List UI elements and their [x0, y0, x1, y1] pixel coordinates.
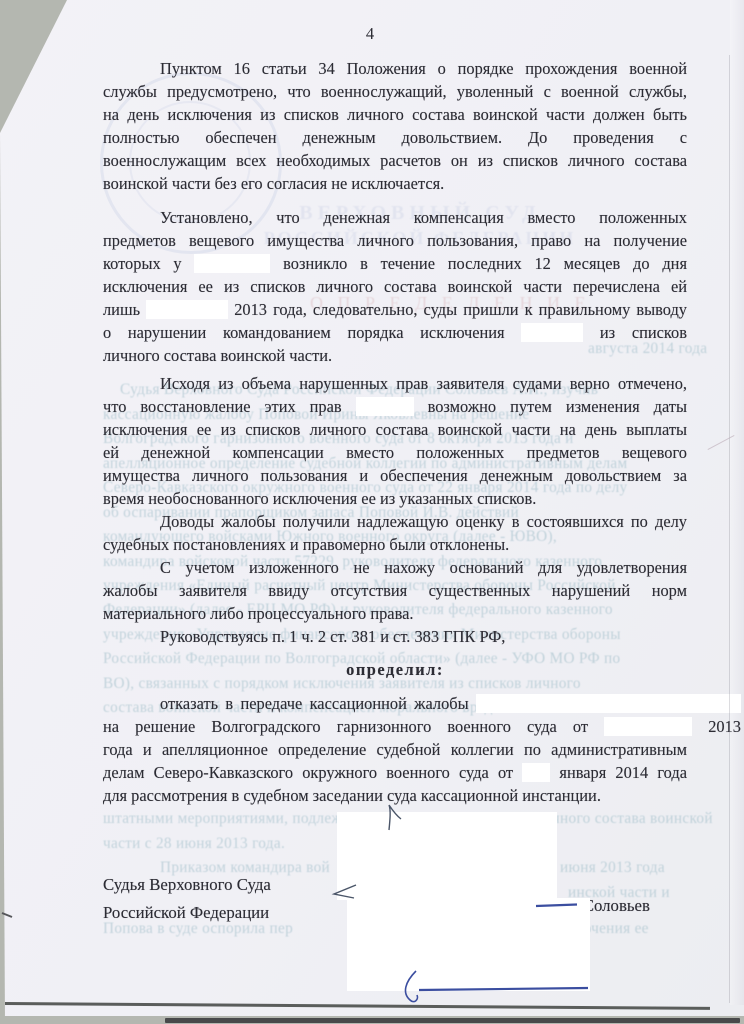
text-line: исключения ее из списков личного состава…	[103, 418, 687, 441]
redaction-box-large	[347, 898, 590, 991]
redaction-box	[521, 323, 583, 342]
text-line: отказать в передаче кассационной жалобы	[103, 692, 741, 715]
paragraph: Исходя из объема нарушенных прав заявите…	[103, 372, 687, 510]
redaction-box-large	[337, 812, 557, 900]
text-line: воинской части без его согласия не исклю…	[103, 172, 687, 195]
text-segment: которых у	[103, 254, 182, 273]
text-segment: из списков	[600, 323, 687, 342]
paragraph: Руководствуясь п. 1 ч. 2 ст. 381 и ст. 3…	[103, 625, 687, 648]
text-line: время необоснованного исключения ее из у…	[103, 487, 687, 510]
ghost-line: июня 2013 года	[560, 859, 665, 877]
text-segment: что восстановление этих прав	[103, 397, 342, 416]
paragraph: С учетом изложенного не нахожу оснований…	[103, 556, 687, 625]
ruling-heading: определил:	[103, 658, 687, 681]
text-line: Исходя из объема нарушенных прав заявите…	[103, 372, 687, 395]
text-segment: возникло в течение последних 12 месяцев …	[283, 254, 687, 273]
paragraph: Пунктом 16 статьи 34 Положения о порядке…	[103, 57, 687, 195]
text-line: делам Северо-Кавказского окружного военн…	[103, 761, 687, 784]
page-fold-line	[729, 55, 730, 1003]
text-line: что восстановление этих прав возможно пу…	[103, 395, 687, 418]
text-line: о нарушении командованием порядка исключ…	[103, 321, 687, 344]
ghost-line: части с 28 июня 2013 года.	[103, 835, 285, 853]
text-line: Доводы жалобы получили надлежащую оценку…	[103, 510, 687, 533]
text-line: судебных постановлениях и правомерно был…	[103, 533, 687, 556]
text-segment: на решение Волгоградского гарнизонного в…	[103, 717, 588, 736]
redaction-box	[522, 763, 550, 782]
signature-block: Судья Верховного Суда Российской Федерац…	[103, 871, 271, 926]
text-line: жалобы заявителя ввиду отсутствия сущест…	[103, 579, 687, 602]
text-segment: возможно путем изменения даты	[428, 397, 687, 416]
text-line: года и апелляционное определение судебно…	[103, 738, 687, 761]
text-line: Пунктом 16 статьи 34 Положения о порядке…	[103, 57, 687, 80]
text-line: которых у возникло в течение последних 1…	[103, 252, 687, 275]
text-segment: января 2014 года	[559, 763, 687, 782]
text-line: материального либо процессуального права…	[103, 602, 687, 625]
scan-bottom-edge	[165, 1018, 740, 1023]
document-body: Пунктом 16 статьи 34 Положения о порядке…	[103, 57, 687, 807]
redaction-box	[604, 717, 692, 736]
paragraph: Доводы жалобы получили надлежащую оценку…	[103, 510, 687, 556]
redaction-box	[476, 694, 741, 713]
text-line: исключения ее из списков личного состава…	[103, 275, 687, 298]
text-line: личного состава воинской части.	[103, 344, 687, 367]
text-segment: отказать в передаче кассационной жалобы	[160, 694, 469, 713]
paragraph: Установлено, что денежная компенсация вм…	[103, 206, 687, 367]
signature-role-line: Российской Федерации	[103, 899, 271, 927]
text-line: предметов вещевого имущества личного пол…	[103, 229, 687, 252]
text-line: ей денежной компенсации вместо положенны…	[103, 441, 687, 464]
text-line: Установлено, что денежная компенсация вм…	[103, 206, 687, 229]
text-line: лишь 2013 года, следовательно, суды приш…	[103, 298, 687, 321]
signature-role-line: Судья Верховного Суда	[103, 871, 271, 899]
text-line: Руководствуясь п. 1 ч. 2 ст. 381 и ст. 3…	[103, 625, 687, 648]
redaction-box	[146, 300, 228, 319]
text-line: службы предусмотрено, что военнослужащий…	[103, 80, 687, 103]
scanned-court-document: { "page": { "number": "4" }, "colors": {…	[0, 0, 744, 1024]
text-segment: 2013	[708, 717, 741, 736]
text-line: военнослужащим всех необходимых расчетов…	[103, 149, 687, 172]
page-number: 4	[350, 24, 390, 44]
text-line: С учетом изложенного не нахожу оснований…	[103, 556, 687, 579]
text-segment: 2013 года, следовательно, суды пришли к …	[234, 300, 687, 319]
redaction-box	[194, 254, 270, 273]
text-segment: лишь	[103, 300, 140, 319]
paragraph: отказать в передаче кассационной жалобы …	[103, 692, 687, 807]
text-line: на день исключения из списков личного со…	[103, 103, 687, 126]
text-line: на решение Волгоградского гарнизонного в…	[103, 715, 741, 738]
redaction-box	[356, 397, 414, 416]
text-segment: делам Северо-Кавказского окружного военн…	[103, 763, 513, 782]
text-line: для рассмотрения в судебном заседании су…	[103, 784, 687, 807]
text-line: имущества личного пользования и обеспече…	[103, 464, 687, 487]
text-segment: о нарушении командованием порядка исключ…	[103, 323, 505, 342]
text-line: полностью обеспечен денежным довольствие…	[103, 126, 687, 149]
